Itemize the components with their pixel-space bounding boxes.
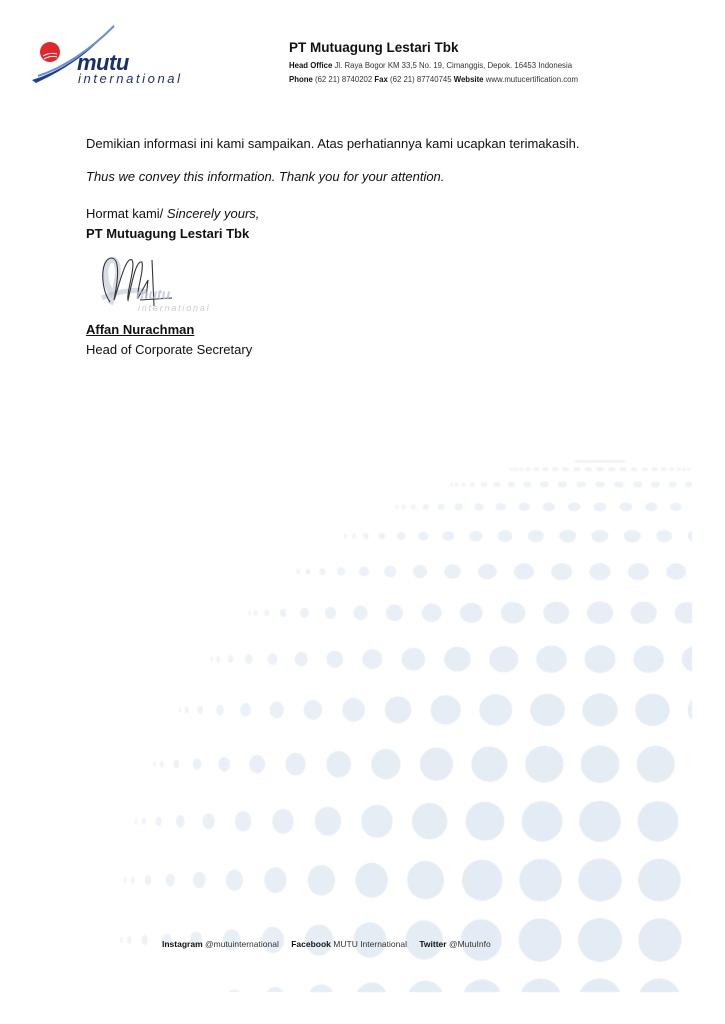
head-office-value: Jl. Raya Bogor KM 33,5 No. 19, Cimanggis… bbox=[335, 61, 573, 70]
twitter-handle[interactable]: @MutuInfo bbox=[449, 939, 491, 949]
social-footer: Instagram @mutuinternational Facebook MU… bbox=[162, 939, 491, 949]
contact-line: Phone (62 21) 8740202 Fax (62 21) 877407… bbox=[289, 73, 578, 87]
website-label: Website bbox=[454, 75, 484, 84]
signatory-title: Head of Corporate Secretary bbox=[86, 342, 252, 357]
instagram-handle[interactable]: @mutuinternational bbox=[205, 939, 279, 949]
signatory-name: Affan Nurachman bbox=[86, 322, 194, 337]
dotted-sphere-background bbox=[0, 0, 725, 1024]
head-office-line: Head Office Jl. Raya Bogor KM 33,5 No. 1… bbox=[289, 59, 578, 73]
stamp-subbrand: international bbox=[138, 303, 210, 313]
website-link[interactable]: www.mutucertification.com bbox=[486, 75, 578, 84]
twitter-label: Twitter bbox=[419, 939, 446, 949]
closing-indonesian: Demikian informasi ini kami sampaikan. A… bbox=[86, 136, 580, 151]
logo-subbrand: international bbox=[78, 71, 183, 86]
closing-english: Thus we convey this information. Thank y… bbox=[86, 169, 444, 184]
phone-label: Phone bbox=[289, 75, 313, 84]
phone-value: (62 21) 8740202 bbox=[315, 75, 372, 84]
salutation-en: Sincerely yours, bbox=[167, 206, 259, 221]
signing-company: PT Mutuagung Lestari Tbk bbox=[86, 226, 249, 241]
head-office-label: Head Office bbox=[289, 61, 332, 70]
letterhead: PT Mutuagung Lestari Tbk Head Office Jl.… bbox=[289, 40, 578, 87]
company-name: PT Mutuagung Lestari Tbk bbox=[289, 40, 578, 55]
company-logo: mutu international bbox=[28, 20, 203, 90]
salutation: Hormat kami/ Sincerely yours, bbox=[86, 206, 259, 221]
stamp-brand: mutu bbox=[136, 286, 170, 302]
facebook-label: Facebook bbox=[291, 939, 331, 949]
signature-stamp: mutu international bbox=[96, 252, 216, 322]
salutation-id: Hormat kami/ bbox=[86, 206, 167, 221]
facebook-handle[interactable]: MUTU International bbox=[333, 939, 407, 949]
instagram-label: Instagram bbox=[162, 939, 203, 949]
fax-value: (62 21) 87740745 bbox=[390, 75, 452, 84]
fax-label: Fax bbox=[374, 75, 387, 84]
